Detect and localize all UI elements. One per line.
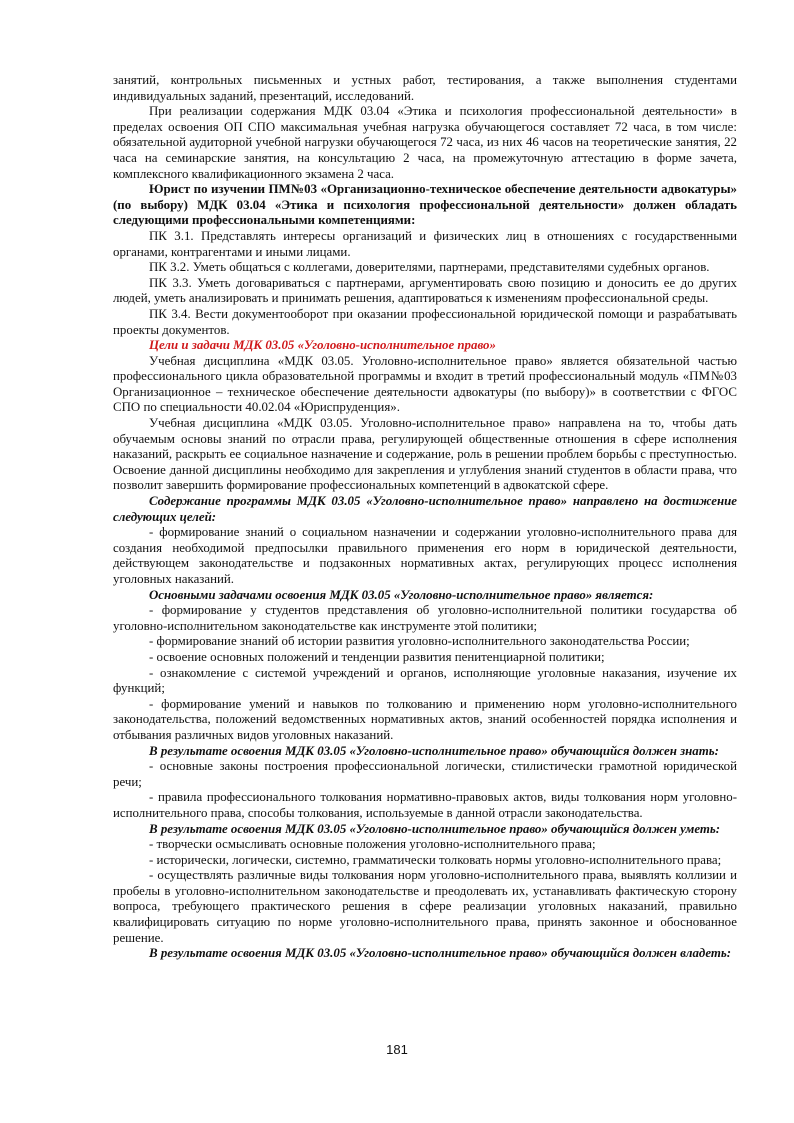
page-number: 181	[0, 1042, 794, 1057]
document-body: занятий, контрольных письменных и устных…	[113, 73, 737, 962]
list-item-know: - правила профессионального толкования н…	[113, 790, 737, 821]
list-item-know: - основные законы построения профессиона…	[113, 759, 737, 790]
list-item-skill: - исторически, логически, системно, грам…	[113, 853, 737, 869]
paragraph-discipline-part: Учебная дисциплина «МДК 03.05. Уголовно-…	[113, 354, 737, 416]
subheading-main-tasks: Основными задачами освоения МДК 03.05 «У…	[113, 588, 737, 604]
list-item-task: - формирование у студентов представления…	[113, 603, 737, 634]
paragraph-intro-continuation: занятий, контрольных письменных и устных…	[113, 73, 737, 104]
subheading-should-know: В результате освоения МДК 03.05 «Уголовн…	[113, 744, 737, 760]
section-heading-goals: Цели и задачи МДК 03.05 «Уголовно-исполн…	[113, 338, 737, 354]
subheading-should-be-able: В результате освоения МДК 03.05 «Уголовн…	[113, 822, 737, 838]
paragraph-discipline-aim: Учебная дисциплина «МДК 03.05. Уголовно-…	[113, 416, 737, 494]
paragraph-competencies-heading: Юрист по изучении ПМ№03 «Организационно-…	[113, 182, 737, 229]
competency-pk-3-3: ПК 3.3. Уметь договариваться с партнерам…	[113, 276, 737, 307]
list-item-task: - формирование знаний об истории развити…	[113, 634, 737, 650]
list-item-task: - ознакомление с системой учреждений и о…	[113, 666, 737, 697]
list-item-task: - освоение основных положений и тенденци…	[113, 650, 737, 666]
competency-pk-3-4: ПК 3.4. Вести документооборот при оказан…	[113, 307, 737, 338]
list-item-skill: - творчески осмысливать основные положен…	[113, 837, 737, 853]
paragraph-workload: При реализации содержания МДК 03.04 «Эти…	[113, 104, 737, 182]
list-item-skill: - осуществлять различные виды толкования…	[113, 868, 737, 946]
subheading-should-master: В результате освоения МДК 03.05 «Уголовн…	[113, 946, 737, 962]
subheading-program-content: Содержание программы МДК 03.05 «Уголовно…	[113, 494, 737, 525]
competency-pk-3-2: ПК 3.2. Уметь общаться с коллегами, дове…	[113, 260, 737, 276]
list-item-task: - формирование умений и навыков по толко…	[113, 697, 737, 744]
list-item-goal: - формирование знаний о социальном назна…	[113, 525, 737, 587]
competency-pk-3-1: ПК 3.1. Представлять интересы организаци…	[113, 229, 737, 260]
